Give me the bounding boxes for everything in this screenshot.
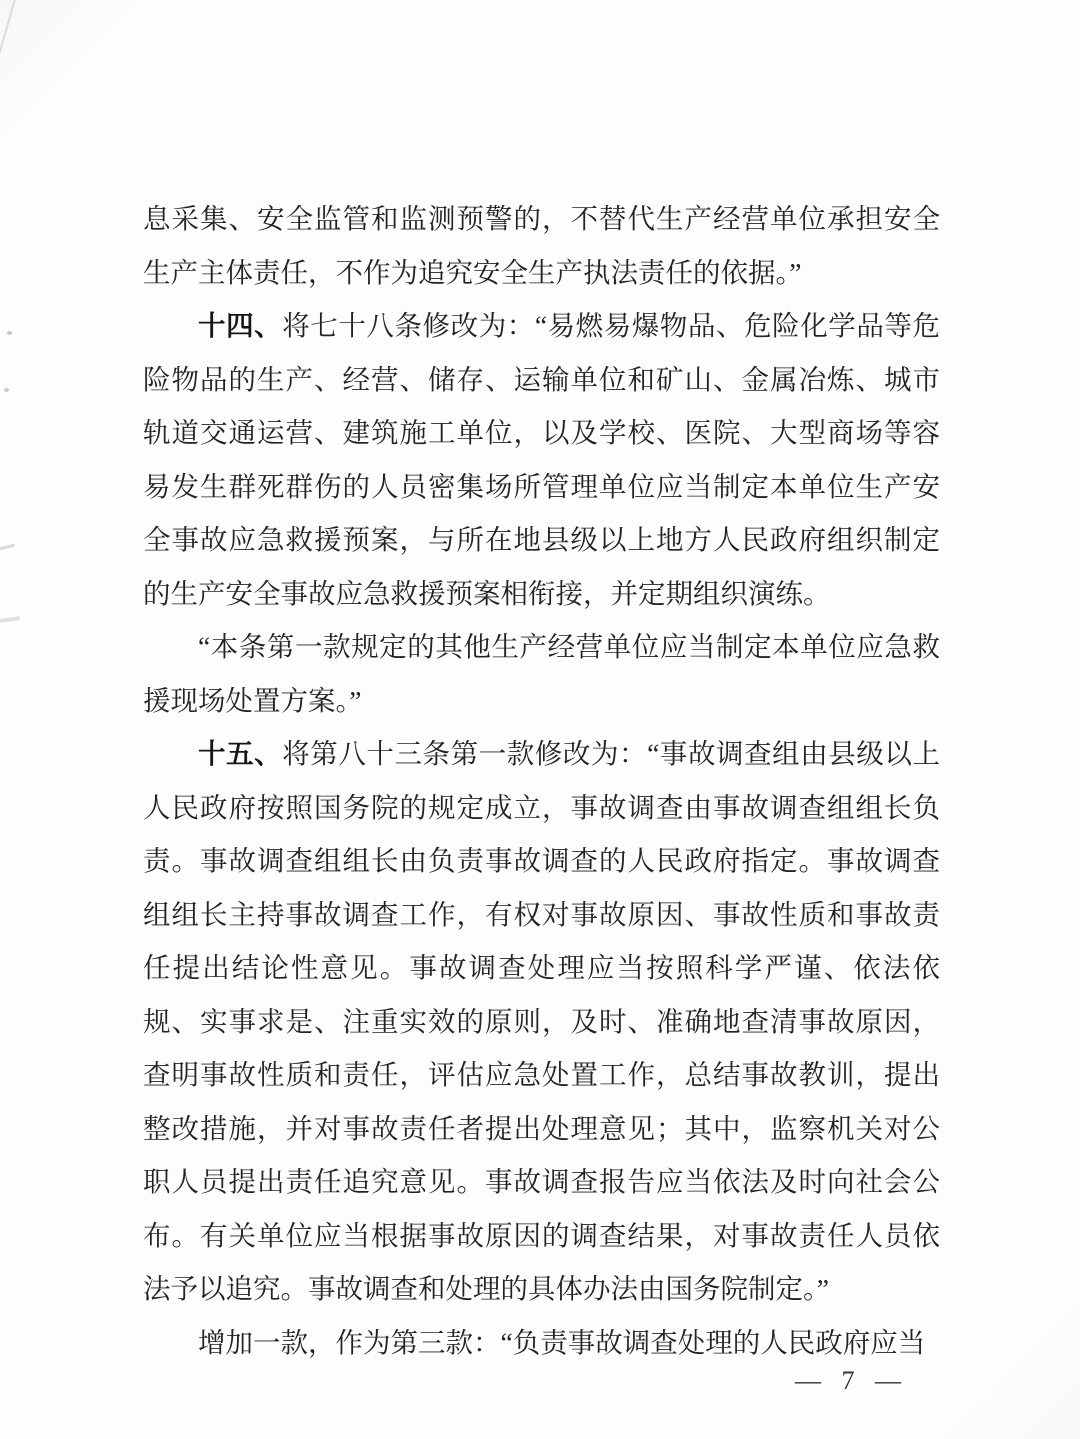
scan-speck-artifact	[4, 388, 9, 392]
paragraph: 息采集、安全监管和监测预警的，不替代生产经营单位承担安全生产主体责任，不作为追究…	[143, 192, 940, 299]
text-segment: 息采集、安全监管和监测预警的，不替代生产经营单位承担安全生产主体责任，不作为追究…	[143, 203, 940, 288]
page-number-label: — 7 —	[795, 1366, 908, 1395]
text-segment: 增加一款，作为第三款：“负责事故调查处理的人民政府应当	[198, 1327, 925, 1358]
item-number: 十五、	[198, 738, 282, 769]
text-segment: 将第八十三条第一款修改为：“事故调查组由县级以上人民政府按照国务院的规定成立，事…	[143, 738, 940, 1304]
paragraph: 增加一款，作为第三款：“负责事故调查处理的人民政府应当	[143, 1316, 940, 1370]
text-segment: 将七十八条修改为：“易燃易爆物品、危险化学品等危险物品的生产、经营、储存、运输单…	[143, 310, 940, 609]
paragraph: “本条第一款规定的其他生产经营单位应当制定本单位应急救援现场处置方案。”	[143, 620, 940, 727]
paragraph: 十四、将七十八条修改为：“易燃易爆物品、危险化学品等危险物品的生产、经营、储存、…	[143, 299, 940, 620]
scan-smudge-artifact	[0, 616, 20, 624]
text-segment: “本条第一款规定的其他生产经营单位应当制定本单位应急救援现场处置方案。”	[143, 631, 940, 716]
document-body: 息采集、安全监管和监测预警的，不替代生产经营单位承担安全生产主体责任，不作为追究…	[143, 192, 940, 1369]
page-number: — 7 —	[795, 1366, 908, 1396]
scan-scratch-artifact	[0, 0, 17, 73]
document-page: 息采集、安全监管和监测预警的，不替代生产经营单位承担安全生产主体责任，不作为追究…	[0, 0, 1080, 1439]
scan-speck-artifact	[7, 331, 12, 335]
paragraph: 十五、将第八十三条第一款修改为：“事故调查组由县级以上人民政府按照国务院的规定成…	[143, 727, 940, 1316]
scan-smudge-artifact	[0, 544, 15, 552]
item-number: 十四、	[198, 310, 282, 341]
